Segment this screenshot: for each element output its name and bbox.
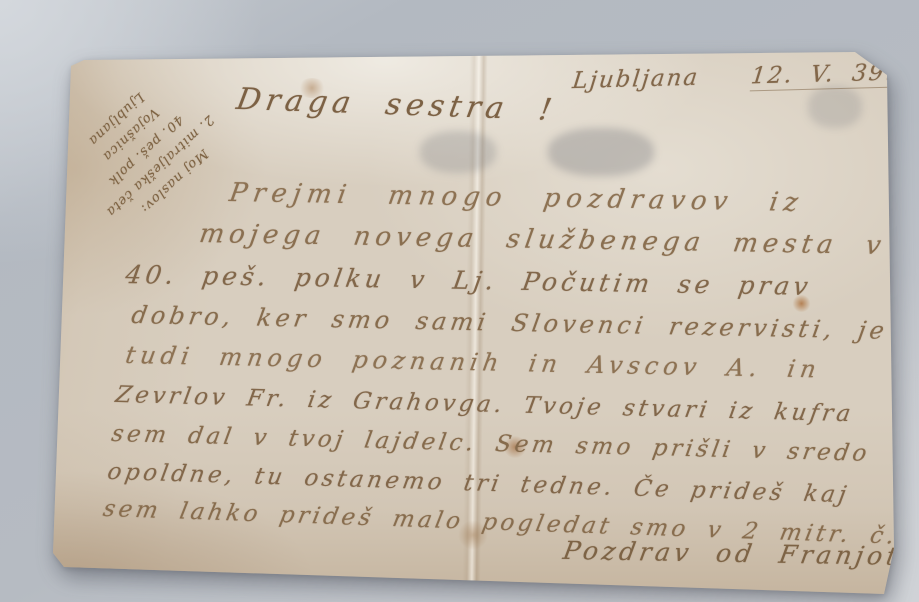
- ink-smudge: [420, 131, 496, 173]
- body-line: Zevrlov Fr. iz Grahovga. Tvoje stvari iz…: [114, 382, 856, 427]
- photo-background: Moj naslov: 2. mitralješka četa 40. peš.…: [0, 0, 919, 602]
- body-line: dobro, ker smo sami Slovenci rezervisti,…: [129, 301, 890, 345]
- postcard-shadow: Moj naslov: 2. mitralješka četa 40. peš.…: [0, 0, 919, 602]
- body-line: sem dal v tvoj lajdelc. Sem smo prišli v…: [110, 421, 872, 467]
- body-line: 40. peš. polku v Lj. Počutim se prav: [123, 260, 813, 301]
- ink-smudge: [548, 128, 654, 176]
- ink-smudge: [808, 86, 862, 128]
- signature-line: Pozdrav od Franjota: [561, 536, 919, 571]
- body-line: Prejmi mnogo pozdravov iz: [227, 178, 806, 218]
- salutation: Draga sestra !: [234, 82, 559, 128]
- dateline-place: Ljubljana: [571, 65, 701, 94]
- dateline-date: 12. V. 39.: [749, 60, 896, 92]
- postcard: Moj naslov: 2. mitralješka četa 40. peš.…: [0, 0, 919, 602]
- body-line: mojega novega službenega mesta v: [197, 219, 888, 261]
